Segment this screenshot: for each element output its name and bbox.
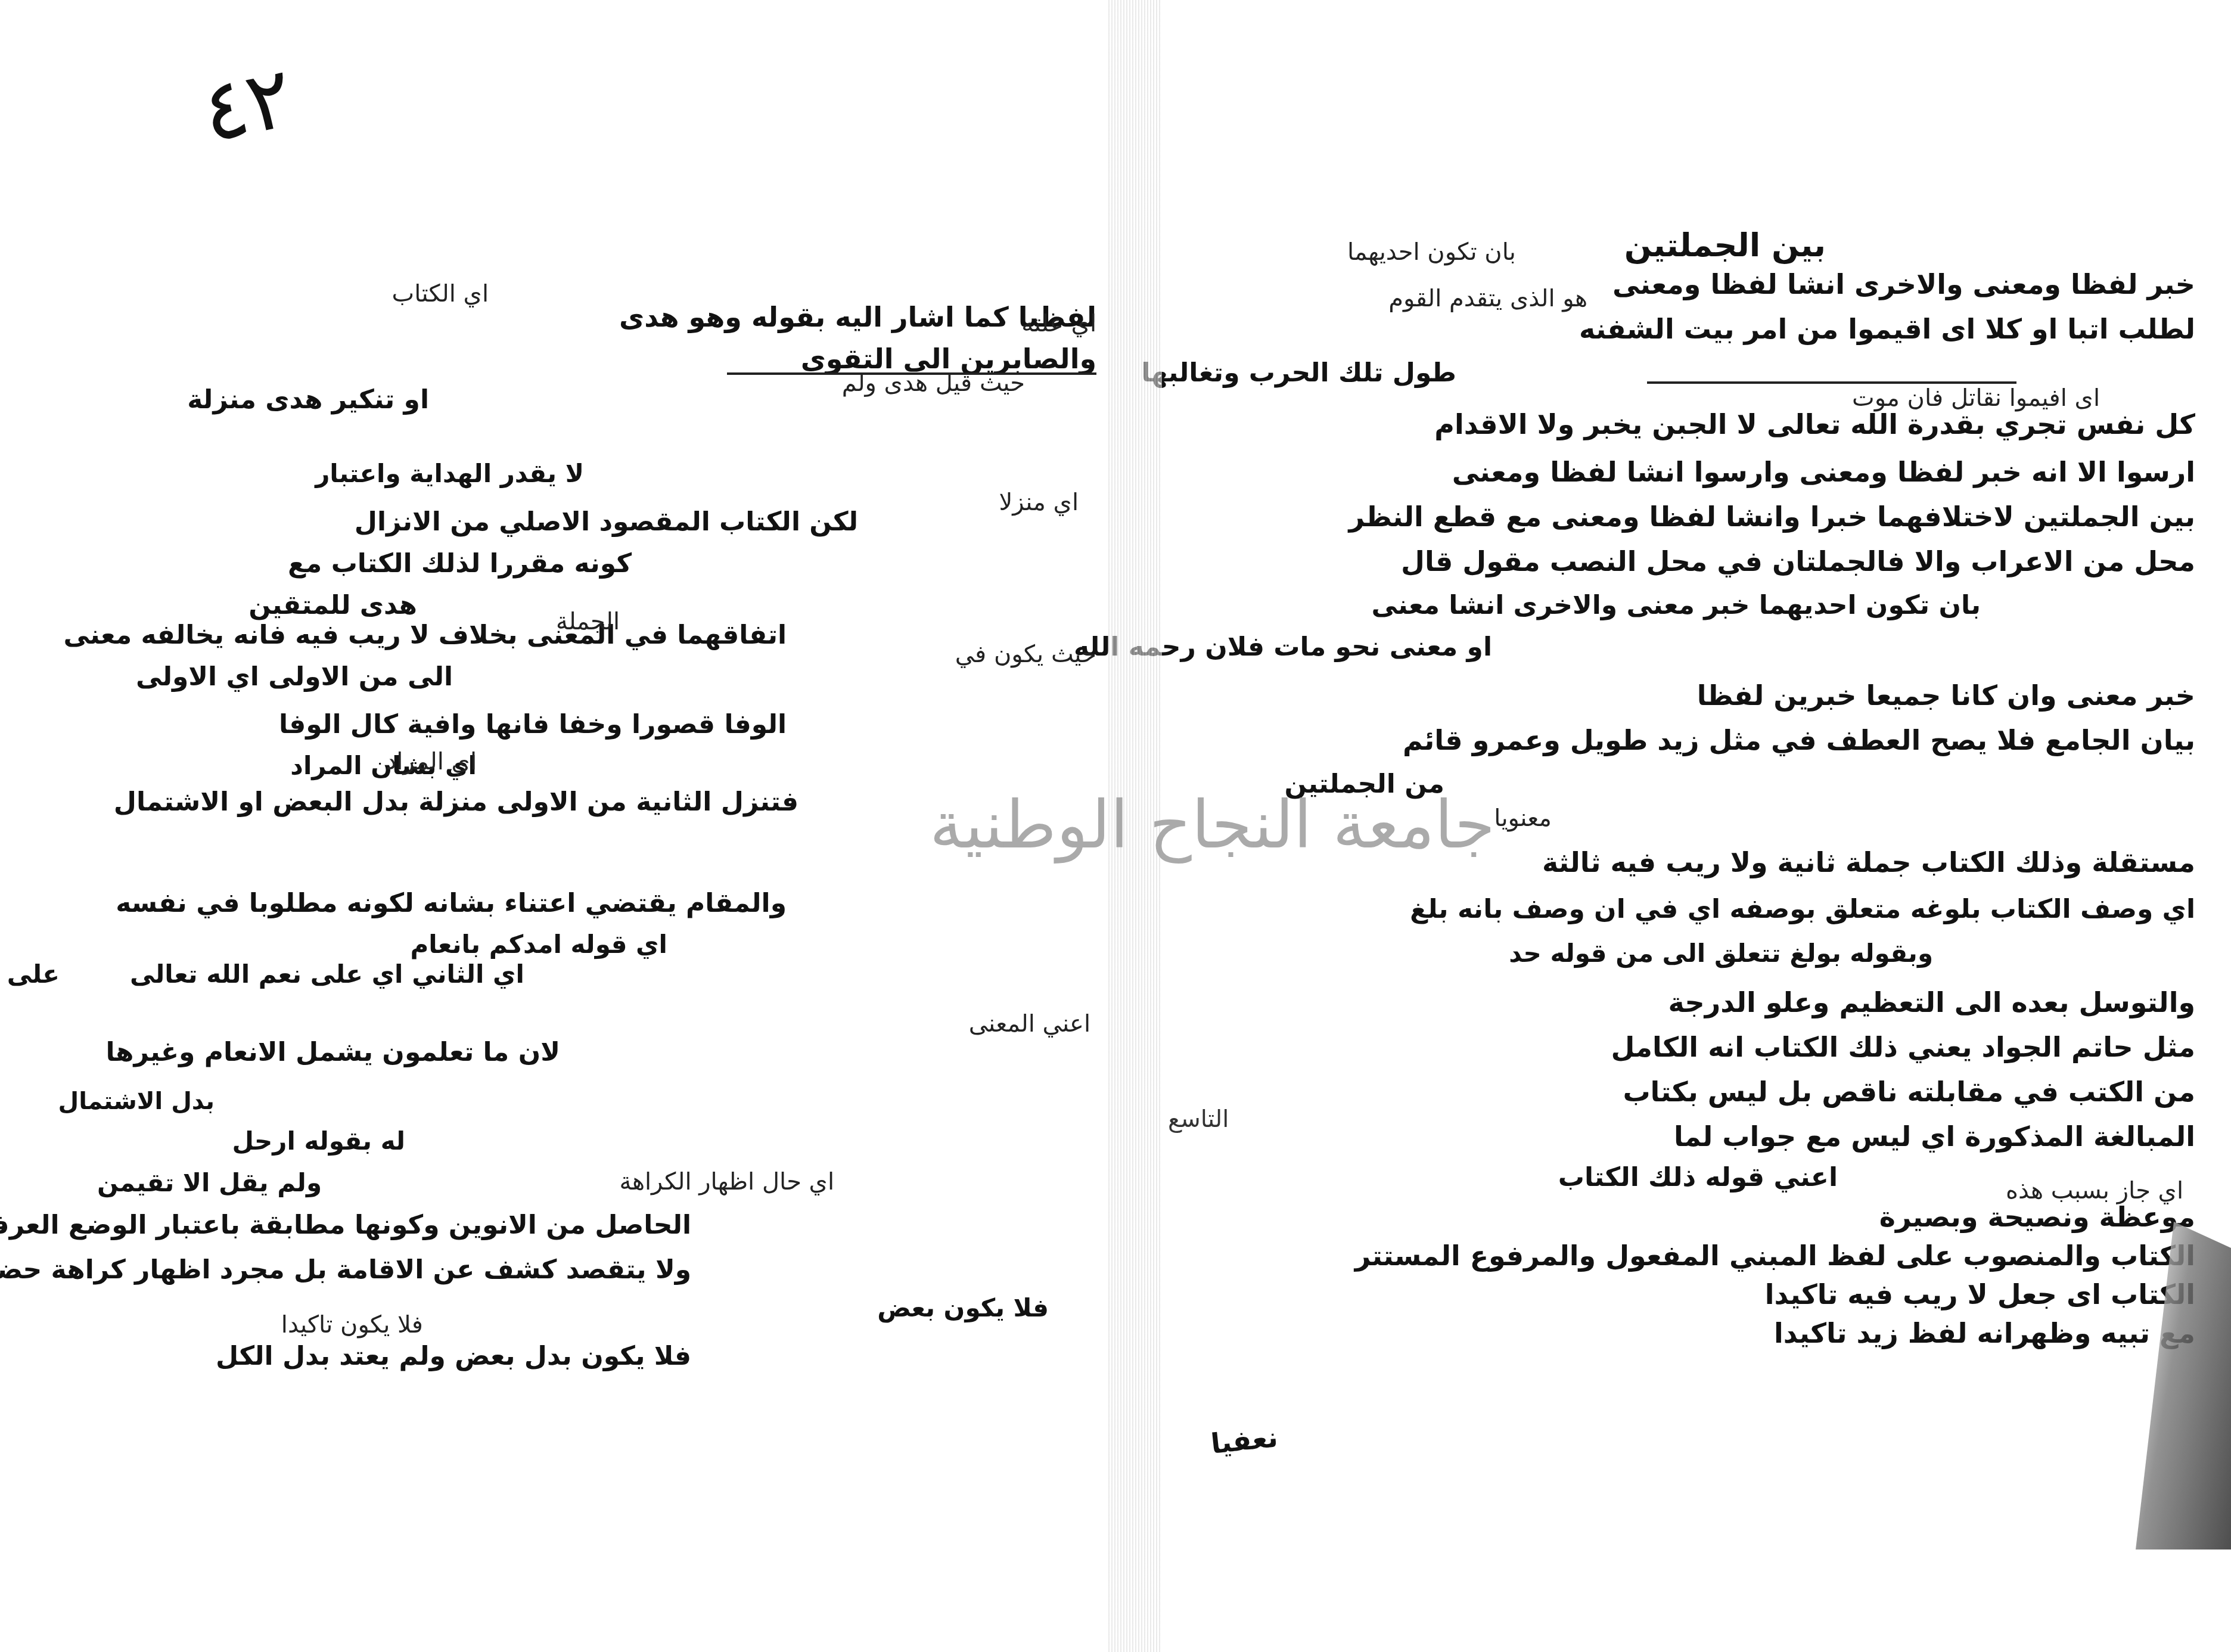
text-line: ارسوا الا انه خبر لفظا ومعنى وارسوا انشا… — [1452, 456, 2195, 488]
text-line: مع تبيه وظهرانه لفظ زيد تاكيدا — [1774, 1317, 2195, 1349]
text-line: اي قوله امدكم بانعام — [411, 930, 667, 959]
interlinear-gloss: هو الذى يتقدم القوم — [1388, 285, 1587, 312]
library-watermark: جامعة النجاح الوطنية — [930, 787, 1495, 863]
interlinear-gloss: اي علته — [1021, 310, 1096, 337]
folio-number: ٤٢ — [194, 48, 302, 162]
text-line: له بقوله ارحل — [232, 1126, 405, 1156]
interlinear-gloss: اي حال اظهار الكراهة — [619, 1168, 834, 1195]
interlinear-gloss: حيث يكون في — [955, 641, 1096, 668]
text-line: الى من الاولى اي الاولى — [136, 662, 453, 692]
text-line: ولم يقل الا تقيمن — [97, 1168, 322, 1197]
text-line: لكن الكتاب المقصود الاصلي من الانزال — [355, 507, 858, 537]
text-line: موعظة ونصيحة وبصيرة — [1879, 1201, 2195, 1233]
text-line: الكتاب اى جعل لا ريب فيه تاكيدا — [1765, 1278, 2195, 1311]
text-line: كونه مقررا لذلك الكتاب مع — [288, 548, 632, 579]
text-line: اعني قوله ذلك الكتاب — [1558, 1162, 1838, 1193]
text-line: هدى للمتقين — [248, 590, 417, 620]
text-line: كل نفس تجري بقدرة الله تعالى لا الجبن يخ… — [1434, 408, 2195, 440]
text-line: بان تكون احديهما خبر معنى والاخرى انشا م… — [1371, 590, 1981, 620]
interlinear-gloss: اي المراد — [386, 748, 477, 775]
interlinear-gloss: اي منزلا — [999, 489, 1079, 516]
interlinear-gloss: بان تكون احديهما — [1347, 238, 1516, 266]
interlinear-gloss: اي جاز بسبب هذه — [2006, 1177, 2183, 1204]
underline-rule — [1647, 381, 2016, 384]
text-line: بدل الاشتمال — [58, 1088, 215, 1115]
text-line: بين الجملتين لاختلافهما خبرا وانشا لفظا … — [1349, 501, 2195, 533]
catchword: نعفيا — [1209, 1421, 1279, 1460]
text-line: لطلب اتبا او كلا اى اقيموا من امر بيت ال… — [1579, 313, 2195, 345]
text-line: الحاصل من الانوين وكونها مطابقة باعتبار … — [0, 1210, 691, 1240]
text-line: اتفاقهما في المعنى بخلاف لا ريب فيه فانه… — [64, 620, 787, 650]
text-line: فلا يكون بدل بعض ولم يعتد بدل الكل — [216, 1341, 691, 1371]
page-header: بين الجملتين — [1624, 226, 1826, 264]
text-line: والتوسل بعده الى التعظيم وعلو الدرجة — [1668, 986, 2195, 1018]
text-line: اي الثاني اي على نعم الله تعالى — [130, 959, 524, 989]
margin-note: التاسع — [1168, 1106, 1229, 1133]
text-line: خبر لفظا ومعنى والاخرى انشا لفظا ومعنى — [1612, 268, 2195, 300]
text-line: فتنزل الثانية من الاولى منزلة بدل البعض … — [114, 787, 798, 817]
text-line: وبقوله بولغ تتعلق الى من قوله حد — [1509, 939, 1933, 968]
text-line: ولا يتقصد كشف عن الاقامة بل مجرد اظهار ك… — [0, 1254, 691, 1285]
text-line: مستقلة وذلك الكتاب جملة ثانية ولا ريب في… — [1542, 846, 2195, 878]
text-line: بيان الجامع فلا يصح العطف في مثل زيد طوي… — [1403, 724, 2195, 756]
text-line: من الكتب في مقابلته ناقص بل ليس بكتاب — [1623, 1076, 2195, 1108]
text-line: اي وصف الكتاب بلوغه متعلق بوصفه اي في ان… — [1410, 894, 2195, 924]
text-line: المبالغة المذكورة اي ليس مع جواب لما — [1674, 1120, 2195, 1153]
interlinear-gloss: الجملة — [556, 608, 620, 635]
interlinear-gloss: معنويا — [1494, 805, 1552, 832]
text-line: خبر معنى وان كانا جميعا خبرين لفظا — [1697, 679, 2195, 712]
interlinear-gloss: اعني المعنى — [969, 1010, 1090, 1038]
text-line: فلا يكون بعض — [877, 1293, 1049, 1322]
text-line: على — [7, 959, 60, 989]
text-line: الوفا قصورا وخفا فانها وافية كال الوفا — [279, 709, 787, 740]
interlinear-gloss: اى افيموا نقاتل فان موت — [1852, 384, 2100, 412]
interlinear-gloss: اي الكتاب — [392, 280, 489, 308]
interlinear-gloss: حيث قيل هدى ولم — [842, 369, 1025, 397]
text-line: طول تلك الحرب وتغالبها — [1141, 358, 1456, 388]
text-line: مثل حاتم الجواد يعني ذلك الكتاب انه الكا… — [1611, 1031, 2195, 1063]
text-line: محل من الاعراب والا فالجملتان في محل الن… — [1401, 545, 2195, 577]
text-line: او تنكير هدى منزلة — [187, 384, 429, 415]
text-line: لا يقدر الهداية واعتبار — [315, 459, 584, 488]
interlinear-gloss: فلا يكون تاكيدا — [281, 1311, 423, 1339]
text-line: لان ما تعلمون يشمل الانعام وغيرها — [106, 1037, 560, 1067]
text-line: والمقام يقتضي اعتناء بشانه لكونه مطلوبا … — [116, 888, 787, 918]
text-line: الكتاب والمنصوب على لفظ المبني المفعول و… — [1355, 1240, 2195, 1272]
